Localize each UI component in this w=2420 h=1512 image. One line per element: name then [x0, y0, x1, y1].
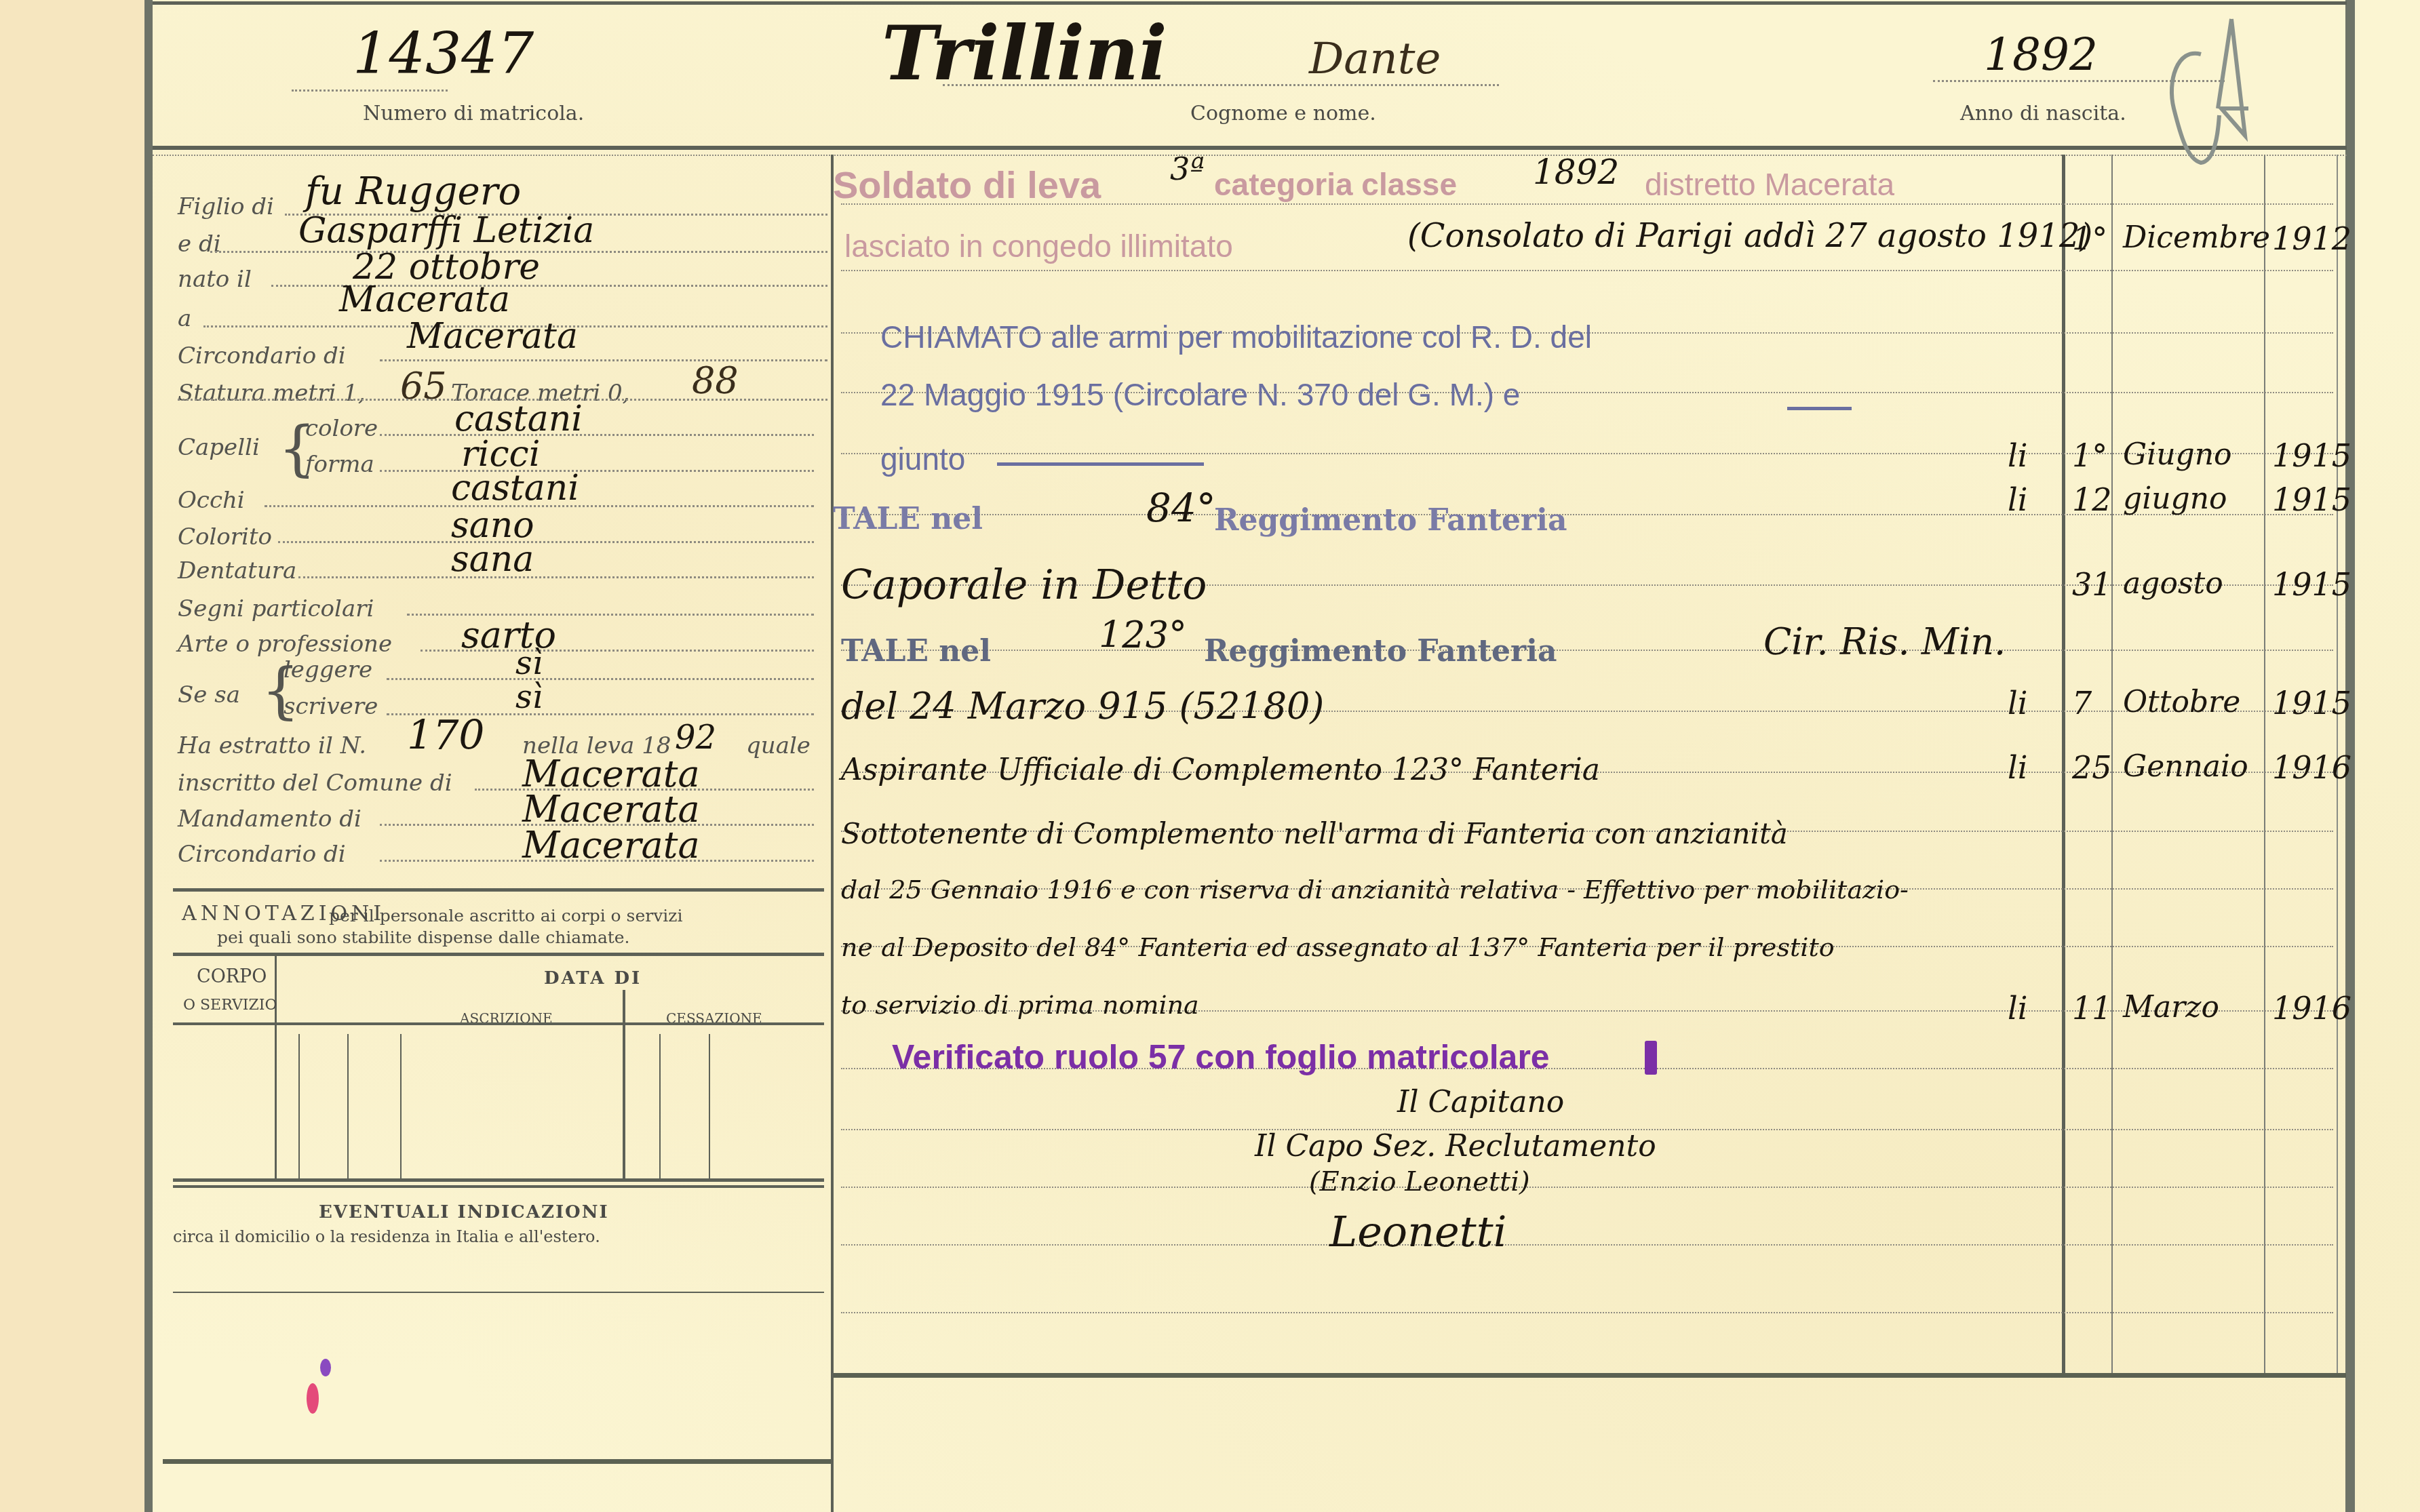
father-label: Figlio di [178, 193, 274, 220]
annotazioni-subtitle-2: pei quali sono stabilite dispense dalle … [217, 928, 630, 947]
assignment-note: ne al Deposito del 84° Fanteria ed asseg… [841, 932, 1835, 962]
leva-suffix: quale [746, 732, 811, 759]
matricola-label: Numero di matricola. [363, 102, 584, 125]
stamp-giunto: giunto [880, 441, 965, 477]
ink-stain [307, 1383, 319, 1414]
top-rule [153, 1, 2347, 5]
read-value: sì [515, 644, 543, 682]
rank-aspirante: Aspirante Ufficiale di Complemento 123° … [841, 753, 1600, 787]
stamp-reggimento-2: Reggimento Fanteria [1204, 634, 1557, 669]
stamp-decreto: 22 Maggio 1915 (Circolare N. 370 del G. … [880, 376, 1520, 413]
given-name: Dante [1309, 34, 1441, 84]
col-servizio: O SERVIZIO [183, 997, 277, 1014]
write-label: scrivere [284, 693, 378, 720]
hair-shape-label: forma [305, 451, 374, 478]
date-month: Giugno [2123, 437, 2232, 472]
left-border [144, 0, 153, 1512]
literacy-label: Se sa [178, 681, 240, 709]
category-value: 3ª [1170, 151, 1205, 187]
draw-label: Ha estratto il N. [178, 732, 366, 759]
hair-color-label: colore [305, 415, 378, 442]
circondario2-label: Circondario di [178, 841, 346, 868]
date-prefix: li [2008, 990, 2027, 1027]
service-note: to servizio di prima nomina [841, 990, 1199, 1020]
date-year: 1916 [2272, 749, 2351, 786]
father-value: fu Ruggero [305, 170, 521, 214]
date-month: Ottobre [2123, 685, 2240, 719]
date-prefix: li [2008, 749, 2027, 786]
eventuali-subtitle: circa il domicilio o la residenza in Ita… [173, 1227, 600, 1246]
date-month: Gennaio [2123, 749, 2248, 784]
left-column-divider [831, 155, 834, 1512]
stamp-verificato: Verificato ruolo 57 con foglio matricola… [892, 1037, 1550, 1077]
regiment-123: 123° [1099, 614, 1187, 656]
signature: Leonetti [1329, 1207, 1506, 1256]
signature-office: Il Capo Sez. Reclutamento [1255, 1129, 1656, 1163]
col-corpo: CORPO [197, 966, 267, 987]
date-year: 1915 [2272, 481, 2351, 518]
stamp-categoria: categoria classe [1214, 166, 1457, 203]
rank-caporale: Caporale in Detto [841, 561, 1207, 609]
seniority-note: dal 25 Gennaio 1916 e con riserva di anz… [841, 875, 1909, 904]
mother-value: Gasparffi Letizia [298, 210, 594, 251]
stamp-distretto: distretto Macerata [1645, 166, 1894, 203]
circular-date: del 24 Marzo 915 (52180) [841, 685, 1324, 728]
register-page: 14347 Numero di matricola. Trillini Dant… [0, 0, 2420, 1512]
height-label: Statura metri 1, [178, 380, 366, 407]
circular-note: Cir. Ris. Min. [1763, 620, 2006, 663]
teeth-value: sana [451, 539, 534, 580]
date-column-divider [2062, 155, 2065, 1375]
date-month: agosto [2123, 566, 2223, 601]
date-month: Marzo [2123, 990, 2219, 1024]
date-day: 7 [2072, 685, 2092, 721]
stamp-tale-123: TALE nel [841, 634, 991, 669]
teeth-label: Dentatura [178, 557, 296, 584]
signature-name: (Enzio Leonetti) [1309, 1166, 1530, 1197]
date-year: 1916 [2272, 990, 2351, 1027]
chest-value: 88 [692, 359, 739, 402]
matricola-number: 14347 [353, 20, 534, 87]
bottom-rule [834, 1373, 2346, 1378]
place-label: a [178, 305, 191, 332]
date-day: 31 [2072, 566, 2112, 603]
date-day: 25 [2072, 749, 2112, 786]
date-year: 1915 [2272, 437, 2351, 474]
regiment-84: 84° [1146, 485, 1216, 531]
height-value: 65 [400, 365, 447, 407]
place-value: Macerata [339, 279, 510, 320]
eyes-label: Occhi [178, 487, 245, 514]
read-label: leggere [284, 656, 372, 683]
stamp-chiamato: CHIAMATO alle armi per mobilitazione col… [880, 319, 1592, 355]
birth-year: 1892 [1984, 28, 2098, 81]
circondario-value: Macerata [407, 316, 578, 357]
date-year: 1915 [2272, 566, 2351, 603]
marks-label: Segni particolari [178, 595, 374, 622]
pencil-mark-icon [2164, 7, 2252, 170]
birth-year-label: Anno di nascita. [1960, 102, 2126, 125]
date-prefix: li [2008, 481, 2027, 518]
stamp-reggimento: Reggimento Fanteria [1214, 503, 1567, 538]
comune-label: inscritto del Comune di [178, 770, 452, 797]
signature-title: Il Capitano [1397, 1085, 1564, 1119]
date-year: 1912 [2272, 220, 2351, 257]
class-value: 1892 [1533, 153, 1619, 192]
profession-label: Arte o professione [178, 631, 392, 658]
stamp-soldato: Soldato di leva [833, 163, 1101, 207]
ink-stain [320, 1359, 331, 1376]
header-rule [153, 146, 2347, 150]
annotazioni-subtitle-1: per il personale ascritto ai corpi o ser… [329, 906, 682, 926]
rank-sottotenente: Sottotenente di Complemento nell'arma di… [841, 817, 1788, 850]
date-day: 12 [2072, 481, 2112, 518]
hair-color-value: castani [454, 399, 583, 439]
left-margin [0, 0, 146, 1512]
born-label: nato il [178, 266, 252, 293]
name-label: Cognome e nome. [1190, 102, 1376, 125]
date-month: giugno [2123, 481, 2227, 516]
congedo-note: (Consolato di Parigi addì 27 agosto 1912… [1407, 217, 2092, 255]
leva-value: 92 [675, 719, 716, 757]
date-prefix: li [2008, 685, 2027, 721]
hair-label: Capelli [178, 434, 260, 461]
write-value: sì [515, 678, 543, 716]
date-prefix: li [2008, 437, 2027, 474]
date-month: Dicembre [2123, 220, 2270, 255]
stamp-tale-84: TALE nel [833, 502, 983, 536]
eventuali-title: EVENTUALI INDICAZIONI [319, 1202, 609, 1222]
circondario-label: Circondario di [178, 342, 346, 370]
date-year: 1915 [2272, 685, 2351, 721]
eyes-value: castani [451, 468, 579, 509]
mother-label: e di [178, 231, 221, 258]
date-day: 1° [2072, 220, 2107, 257]
stamp-congedo: lasciato in congedo illimitato [844, 228, 1233, 264]
col-data-di: DATA DI [544, 968, 642, 989]
date-day: 11 [2072, 990, 2112, 1027]
complexion-label: Colorito [178, 523, 272, 551]
date-day: 1° [2072, 437, 2107, 474]
mandamento-label: Mandamento di [178, 805, 362, 833]
draw-value: 170 [407, 712, 485, 759]
